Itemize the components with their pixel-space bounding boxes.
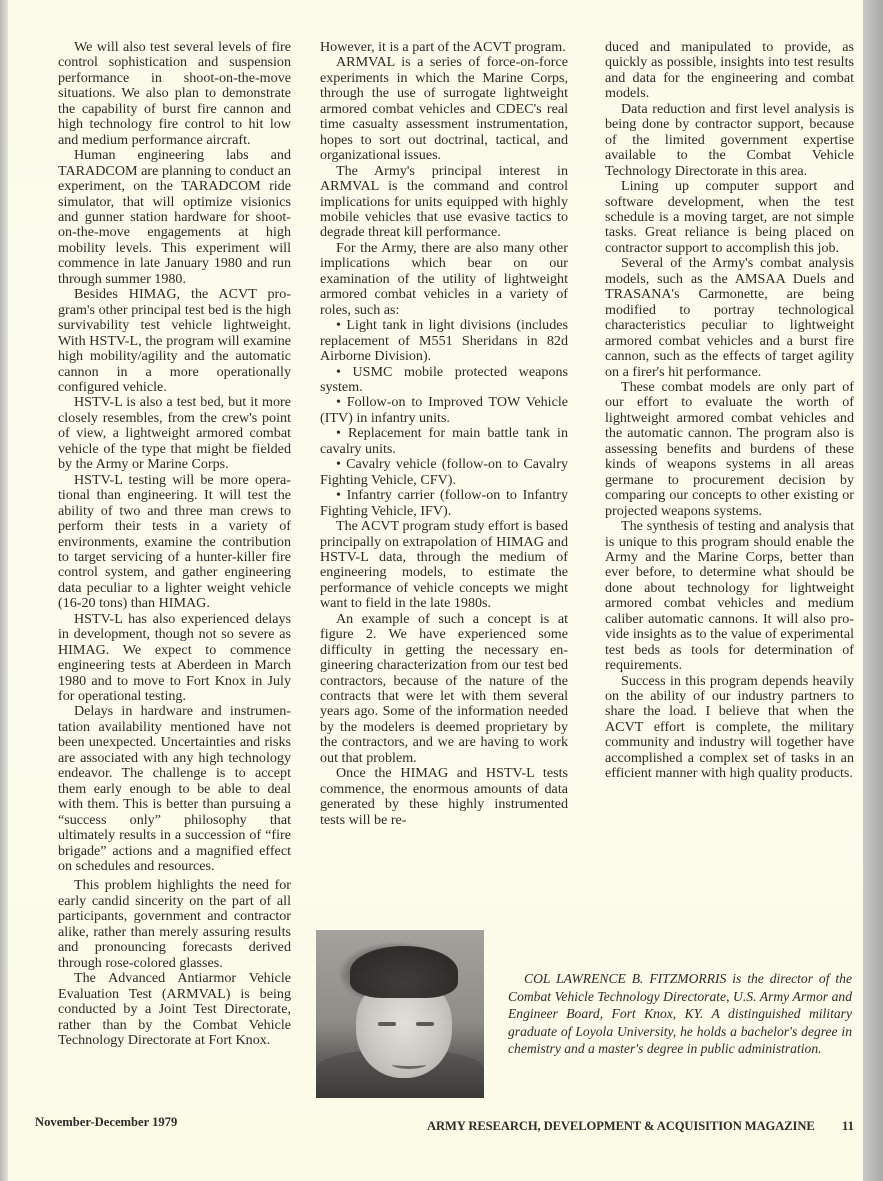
bullet-item: • Follow-on to Improved TOW Ve­hicle (IT… — [320, 395, 568, 426]
page-number: 11 — [842, 1119, 854, 1134]
scan-right-edge — [863, 0, 883, 1181]
photo-mouth — [392, 1060, 426, 1069]
paragraph: HSTV-L has also experienced de­lays in d… — [58, 612, 291, 705]
paragraph: The ACVT program study effort is based p… — [320, 519, 568, 612]
paragraph: Besides HIMAG, the ACVT pro­gram's other… — [58, 287, 291, 395]
paragraph: Human engineering labs and TARADCOM are … — [58, 148, 291, 287]
bullet-item: • Cavalry vehicle (follow-on to Cav­alry… — [320, 457, 568, 488]
paragraph: This problem highlights the need for ear… — [58, 878, 291, 971]
bullet-item: • Infantry carrier (follow-on to In­fant… — [320, 488, 568, 519]
paragraph: Several of the Army's combat analy­sis m… — [605, 256, 854, 380]
paragraph: Lining up computer support and software … — [605, 179, 854, 256]
photo-hair — [350, 946, 458, 998]
paragraph: The Advanced Antiarmor Vehicle Evaluatio… — [58, 971, 291, 1048]
paragraph: Delays in hardware and instrumen­tation … — [58, 704, 291, 874]
paragraph: ARMVAL is a series of force-on-force exp… — [320, 55, 568, 163]
photo-eye — [416, 1022, 434, 1026]
article-column-1: We will also test several levels of fire… — [58, 40, 291, 1048]
paragraph: HSTV-L testing will be more opera­tional… — [58, 473, 291, 612]
paragraph: duced and manipulated to provide, as qui… — [605, 40, 854, 102]
article-column-2: However, it is a part of the ACVT pro­gr… — [320, 40, 568, 828]
photo-eye — [378, 1022, 396, 1026]
paragraph: The synthesis of testing and analy­sis t… — [605, 519, 854, 674]
paragraph: However, it is a part of the ACVT pro­gr… — [320, 40, 568, 55]
bullet-item: • Replacement for main battle tank in ca… — [320, 426, 568, 457]
paragraph: The Army's principal interest in ARMVAL … — [320, 164, 568, 241]
bullet-item: • Light tank in light divisions (in­clud… — [320, 318, 568, 364]
author-photo — [316, 930, 484, 1098]
paragraph: Once the HIMAG and HSTV-L tests commence… — [320, 766, 568, 828]
paragraph: These combat models are only part of our… — [605, 380, 854, 519]
issue-date: November-December 1979 — [35, 1115, 177, 1130]
paragraph: Data reduction and first level analy­sis… — [605, 102, 854, 179]
paragraph: We will also test several levels of fire… — [58, 40, 291, 148]
paragraph: An example of such a concept is at figur… — [320, 612, 568, 767]
publication-name: ARMY RESEARCH, DEVELOPMENT & ACQUISITION… — [427, 1119, 815, 1134]
paragraph: Success in this program depends heavily … — [605, 674, 854, 782]
article-column-3: duced and manipulated to provide, as qui… — [605, 40, 854, 782]
paragraph: HSTV-L is also a test bed, but it more c… — [58, 395, 291, 472]
author-bio: COL LAWRENCE B. FITZMORRIS is the direct… — [508, 970, 852, 1058]
paragraph: For the Army, there are also many other … — [320, 241, 568, 318]
bullet-item: • USMC mobile protected weapons system. — [320, 365, 568, 396]
